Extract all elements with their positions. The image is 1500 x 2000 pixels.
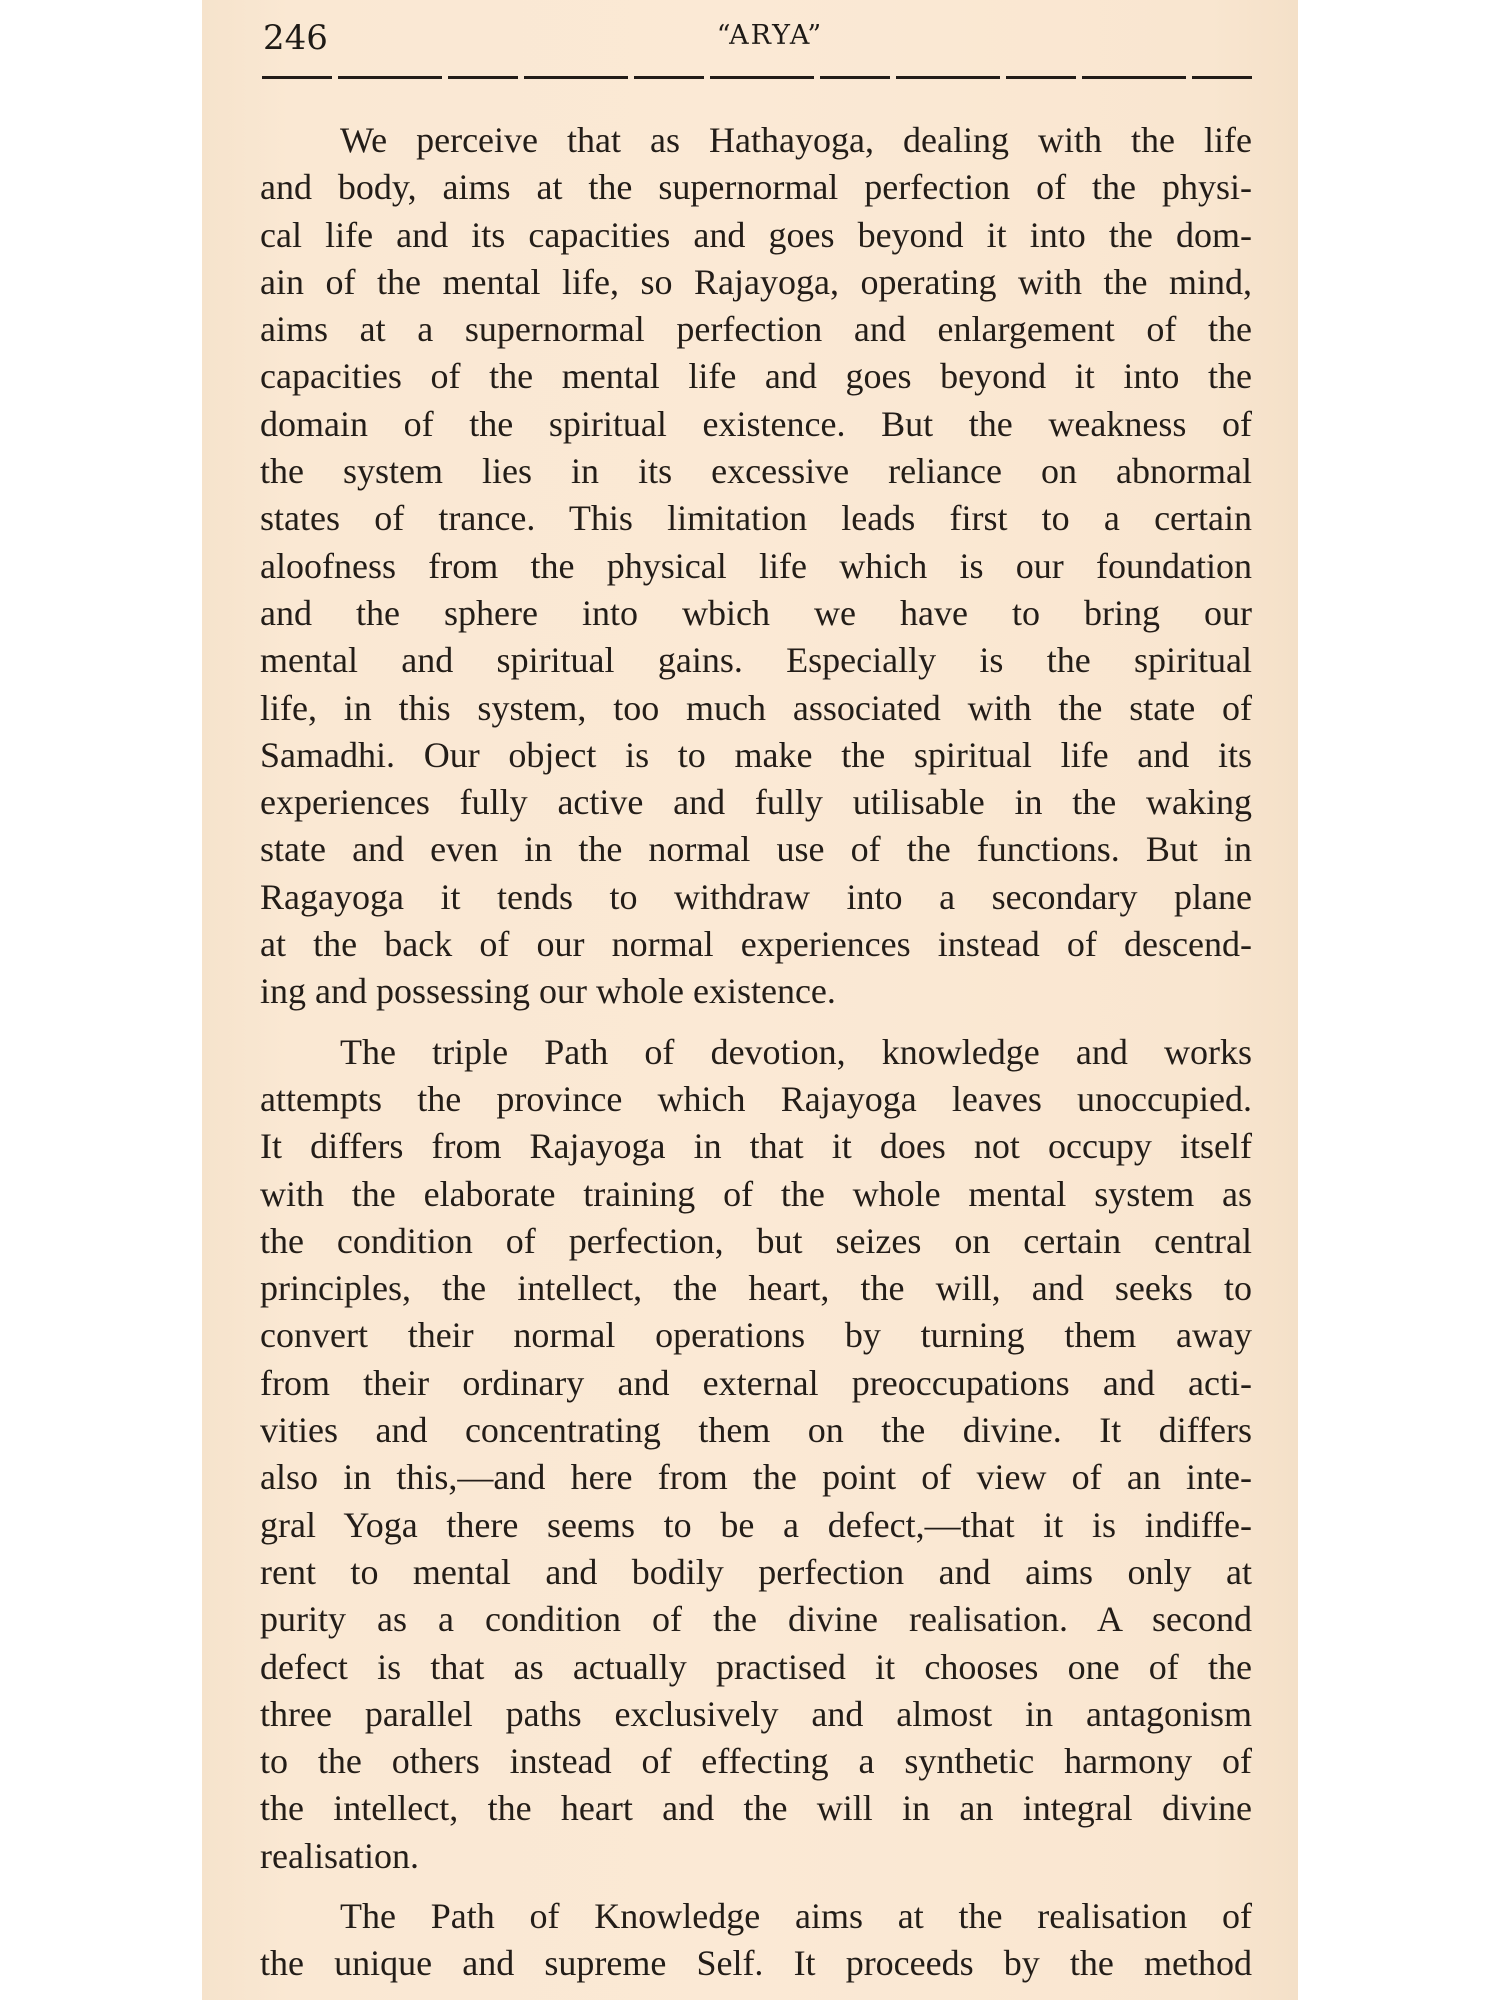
text-line: Ragayoga it tends to withdraw into a sec… bbox=[260, 874, 1252, 921]
journal-title: “ARYA” bbox=[202, 20, 1298, 51]
text-line: gral Yoga there seems to be a defect,—th… bbox=[260, 1502, 1252, 1549]
text-line: the intellect, the heart and the will in… bbox=[260, 1785, 1252, 1832]
text-line: Samadhi. Our object is to make the spiri… bbox=[260, 732, 1252, 779]
running-head: 246 “ARYA” bbox=[202, 0, 1298, 80]
text-line: three parallel paths exclusively and alm… bbox=[260, 1691, 1252, 1738]
text-line: aims at a supernormal perfection and enl… bbox=[260, 306, 1252, 353]
text-line: purity as a condition of the divine real… bbox=[260, 1596, 1252, 1643]
text-line: aloofness from the physical life which i… bbox=[260, 543, 1252, 590]
text-line: rent to mental and bodily perfection and… bbox=[260, 1549, 1252, 1596]
text-line: domain of the spiritual existence. But t… bbox=[260, 401, 1252, 448]
text-line: life, in this system, too much associate… bbox=[260, 685, 1252, 732]
text-line: and the sphere into wbich we have to bri… bbox=[260, 590, 1252, 637]
text-line: experiences fully active and fully utili… bbox=[260, 779, 1252, 826]
body-text: We perceive that as Hathayoga, dealing w… bbox=[260, 117, 1252, 2000]
text-line: The Path of Knowledge aims at the realis… bbox=[260, 1893, 1252, 1940]
text-line: defect is that as actually practised it … bbox=[260, 1644, 1252, 1691]
text-line: The triple Path of devotion, knowledge a… bbox=[260, 1029, 1252, 1076]
text-line: vities and concentrating them on the div… bbox=[260, 1407, 1252, 1454]
text-line: capacities of the mental life and goes b… bbox=[260, 353, 1252, 400]
text-line: from their ordinary and external preoccu… bbox=[260, 1360, 1252, 1407]
text-line: and body, aims at the supernormal perfec… bbox=[260, 164, 1252, 211]
paragraph-3: The Path of Knowledge aims at the realis… bbox=[260, 1893, 1252, 1988]
paragraph-1: We perceive that as Hathayoga, dealing w… bbox=[260, 117, 1252, 1016]
text-line: with the elaborate training of the whole… bbox=[260, 1171, 1252, 1218]
text-line: cal life and its capacities and goes bey… bbox=[260, 212, 1252, 259]
header-rule bbox=[262, 76, 1252, 79]
text-line: the condition of perfection, but seizes … bbox=[260, 1218, 1252, 1265]
text-line: mental and spiritual gains. Especially i… bbox=[260, 637, 1252, 684]
text-line: the system lies in its excessive relianc… bbox=[260, 448, 1252, 495]
text-line: ing and possessing our whole existence. bbox=[260, 968, 1252, 1015]
text-line: convert their normal operations by turni… bbox=[260, 1312, 1252, 1359]
text-line: states of trance. This limitation leads … bbox=[260, 495, 1252, 542]
text-line: the unique and supreme Self. It proceeds… bbox=[260, 1940, 1252, 1987]
text-line: also in this,—and here from the point of… bbox=[260, 1454, 1252, 1501]
text-line: attempts the province which Rajayoga lea… bbox=[260, 1076, 1252, 1123]
book-page: 246 “ARYA” We perceive that as Hathayoga… bbox=[202, 0, 1298, 2000]
text-line: We perceive that as Hathayoga, dealing w… bbox=[260, 117, 1252, 164]
text-line: ain of the mental life, so Rajayoga, ope… bbox=[260, 259, 1252, 306]
text-line: at the back of our normal experiences in… bbox=[260, 921, 1252, 968]
paragraph-2: The triple Path of devotion, knowledge a… bbox=[260, 1029, 1252, 1880]
text-line: realisation. bbox=[260, 1833, 1252, 1880]
text-line: principles, the intellect, the heart, th… bbox=[260, 1265, 1252, 1312]
text-line: It differs from Rajayoga in that it does… bbox=[260, 1123, 1252, 1170]
text-line: to the others instead of effecting a syn… bbox=[260, 1738, 1252, 1785]
text-line: state and even in the normal use of the … bbox=[260, 826, 1252, 873]
